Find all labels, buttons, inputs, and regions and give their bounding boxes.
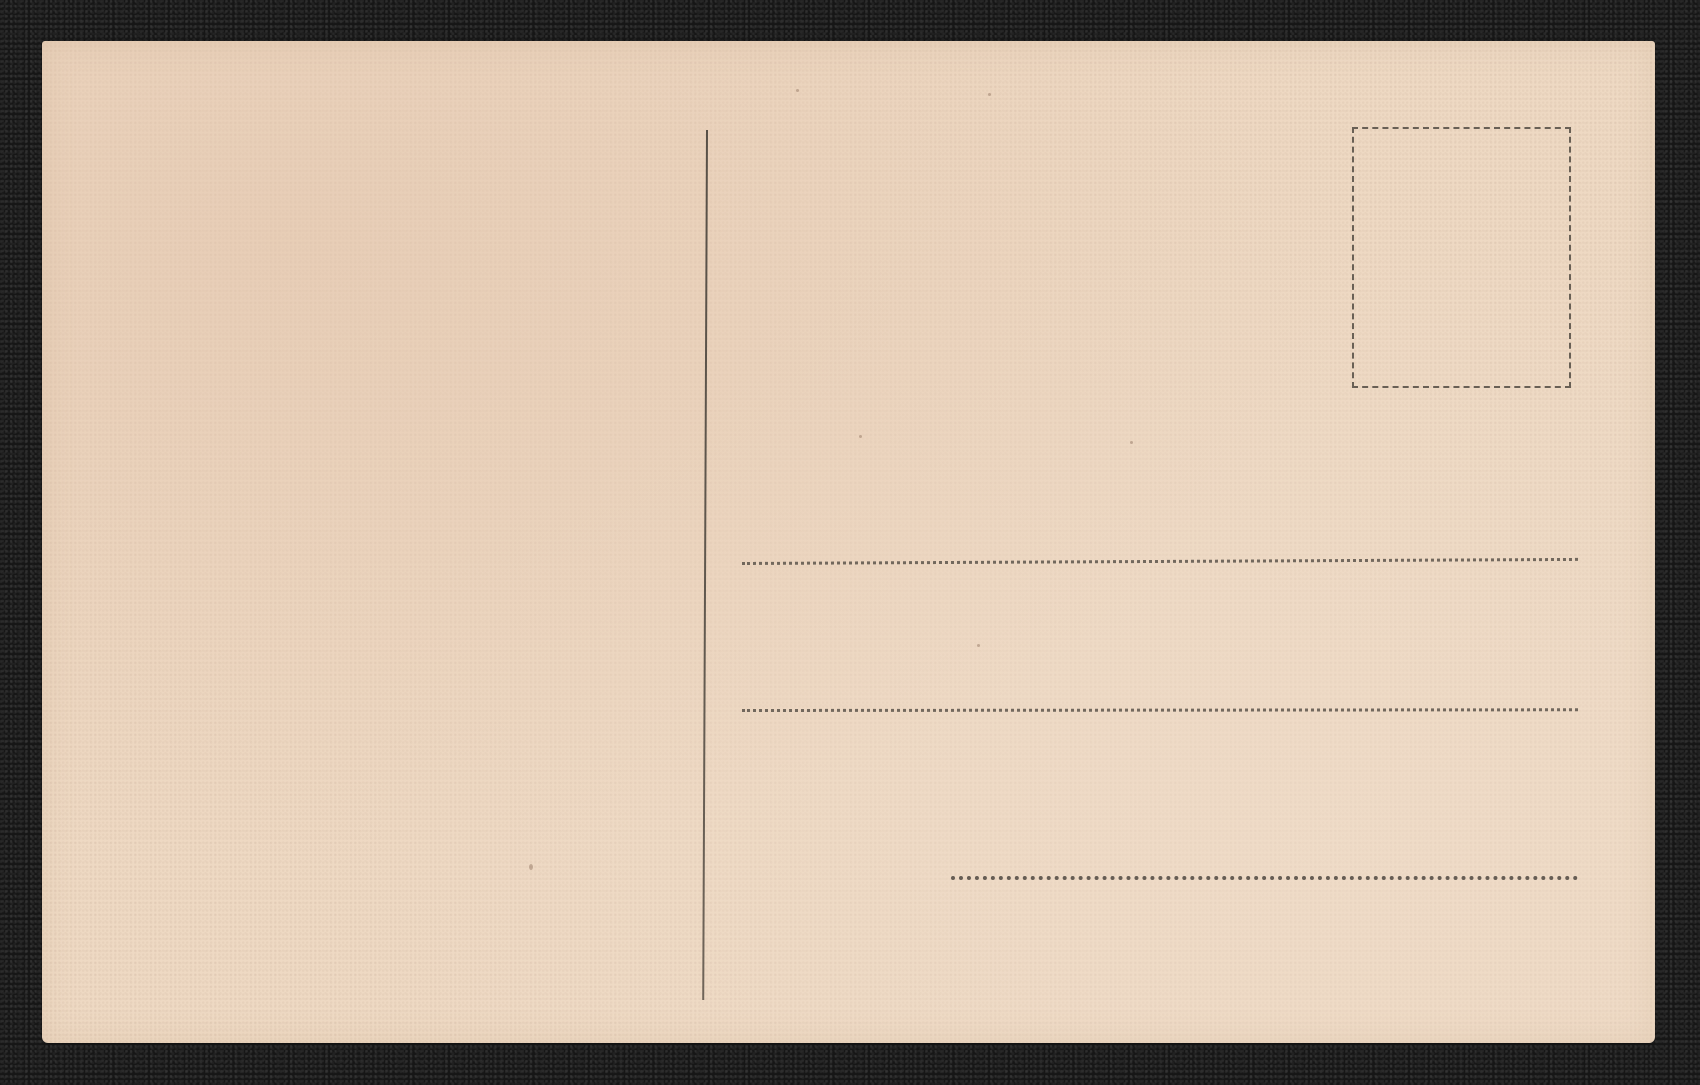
paper-speck bbox=[859, 435, 862, 438]
center-divider-line bbox=[702, 130, 708, 1000]
paper-speck bbox=[988, 93, 991, 96]
address-line-1 bbox=[742, 558, 1578, 565]
stamp-placeholder-box bbox=[1352, 127, 1571, 388]
paper-speck bbox=[529, 864, 533, 870]
address-line-2 bbox=[742, 708, 1578, 712]
paper-speck bbox=[1130, 441, 1133, 444]
paper-speck bbox=[977, 644, 980, 647]
address-line-3 bbox=[951, 876, 1578, 880]
postcard-back bbox=[42, 41, 1655, 1043]
message-area bbox=[62, 61, 682, 1021]
paper-speck bbox=[796, 89, 799, 92]
